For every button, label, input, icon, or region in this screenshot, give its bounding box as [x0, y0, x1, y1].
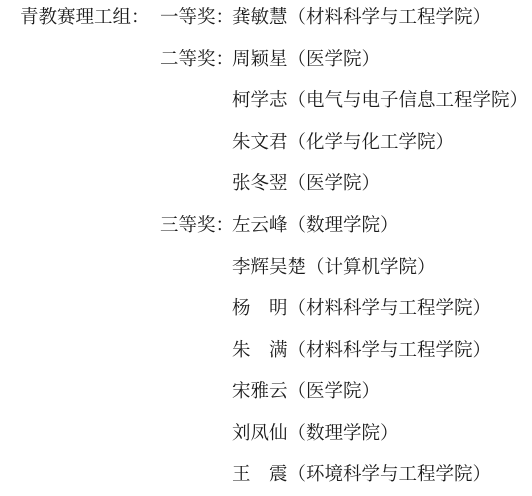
group-label: 青教赛理工组： [20, 6, 150, 30]
winner-entry: 柯学志（电气与电子信息工程学院） [232, 89, 528, 113]
winner-entry: 王 震（环境科学与工程学院） [232, 463, 491, 487]
winner-entry: 李辉吴楚（计算机学院） [232, 256, 436, 280]
winner-entry: 朱文君（化学与化工学院） [232, 131, 454, 155]
winner-entry: 宋雅云（医学院） [232, 380, 380, 404]
winner-entry: 朱 满（材料科学与工程学院） [232, 339, 491, 363]
winner-entry: 张冬翌（医学院） [232, 172, 380, 196]
prize-label-third: 三等奖： [160, 214, 234, 238]
prize-label-second: 二等奖： [160, 48, 234, 72]
winner-entry: 左云峰（数理学院） [232, 214, 399, 238]
winner-entry: 刘凤仙（数理学院） [232, 422, 399, 446]
winner-entry: 周颖星（医学院） [232, 48, 380, 72]
winner-entry: 龚敏慧（材料科学与工程学院） [232, 6, 491, 30]
winner-entry: 杨 明（材料科学与工程学院） [232, 297, 491, 321]
prize-label-first: 一等奖： [160, 6, 234, 30]
